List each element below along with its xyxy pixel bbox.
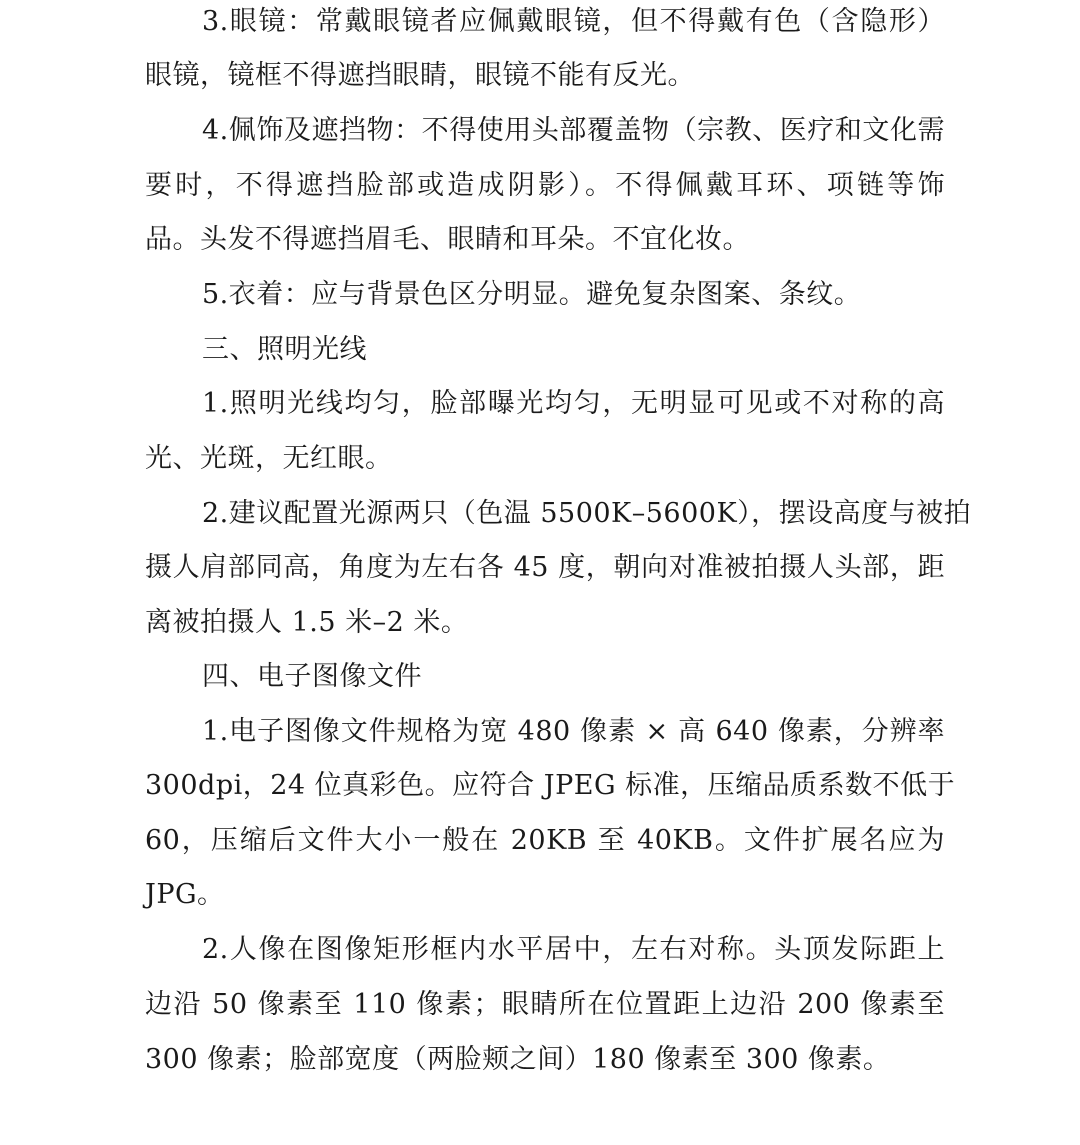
glasses-line-2: 眼镜，镜框不得遮挡眼睛，眼镜不能有反光。 — [145, 56, 945, 96]
section-heading-file: 四、电子图像文件 — [202, 657, 945, 697]
lighting-2-line-3: 离被拍摄人 1.5 米–2 米。 — [145, 603, 945, 643]
lighting-1-line-2: 光、光斑，无红眼。 — [145, 439, 945, 479]
file-2-line-1: 2.人像在图像矩形框内水平居中，左右对称。头顶发际距上 — [202, 930, 945, 970]
clothing-line-1: 5.衣着：应与背景色区分明显。避免复杂图案、条纹。 — [202, 275, 945, 315]
file-1-line-2: 300dpi，24 位真彩色。应符合 JPEG 标准，压缩品质系数不低于 — [145, 766, 945, 806]
file-1-line-1: 1.电子图像文件规格为宽 480 像素 × 高 640 像素，分辨率 — [202, 712, 945, 752]
accessories-line-2: 要时，不得遮挡脸部或造成阴影）。不得佩戴耳环、项链等饰 — [145, 166, 945, 206]
file-2-line-3: 300 像素；脸部宽度（两脸颊之间）180 像素至 300 像素。 — [145, 1040, 945, 1080]
glasses-line-1: 3.眼镜：常戴眼镜者应佩戴眼镜，但不得戴有色（含隐形） — [202, 2, 945, 42]
accessories-line-1: 4.佩饰及遮挡物：不得使用头部覆盖物（宗教、医疗和文化需 — [202, 111, 945, 151]
lighting-2-line-1: 2.建议配置光源两只（色温 5500K–5600K），摆设高度与被拍 — [202, 494, 945, 534]
lighting-1-line-1: 1.照明光线均匀，脸部曝光均匀，无明显可见或不对称的高 — [202, 384, 945, 424]
file-1-line-3: 60，压缩后文件大小一般在 20KB 至 40KB。文件扩展名应为 — [145, 821, 945, 861]
document-page: 3.眼镜：常戴眼镜者应佩戴眼镜，但不得戴有色（含隐形） 眼镜，镜框不得遮挡眼睛，… — [0, 0, 1080, 1145]
file-2-line-2: 边沿 50 像素至 110 像素；眼睛所在位置距上边沿 200 像素至 — [145, 985, 945, 1025]
section-heading-lighting: 三、照明光线 — [202, 330, 945, 370]
file-1-line-4: JPG。 — [145, 875, 945, 915]
accessories-line-3: 品。头发不得遮挡眉毛、眼睛和耳朵。不宜化妆。 — [145, 220, 945, 260]
lighting-2-line-2: 摄人肩部同高，角度为左右各 45 度，朝向对准被拍摄人头部，距 — [145, 548, 945, 588]
